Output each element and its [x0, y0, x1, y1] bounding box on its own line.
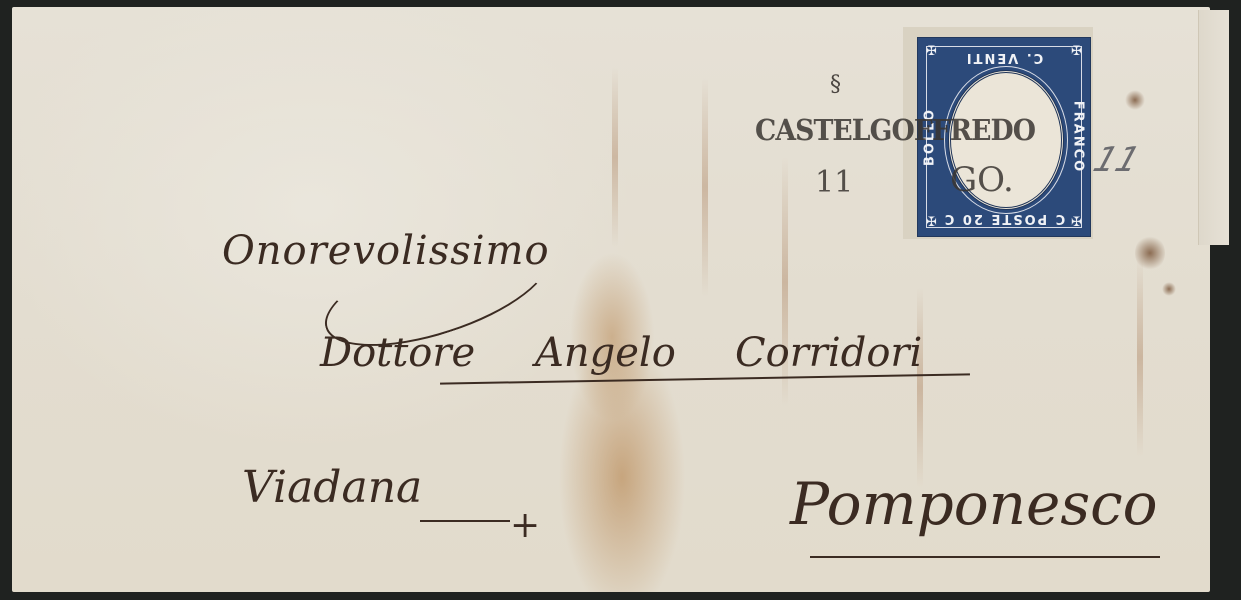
cover-flap-edge: [1198, 10, 1229, 245]
via-underline: [420, 520, 510, 522]
via-mark: +: [510, 505, 540, 546]
stamp-value-text: C. VENTI: [918, 50, 1090, 65]
address-first-name: Angelo: [535, 330, 676, 376]
stain-streak: [1137, 257, 1143, 457]
postmark-day: 11: [815, 165, 853, 200]
stamp-poste-text: C POSTE 20 C: [918, 211, 1090, 226]
stain-streak: [702, 77, 708, 297]
stain-streak: [917, 287, 923, 487]
cross-ornament-icon: ✠: [926, 44, 937, 59]
foxing-spot: [1162, 282, 1176, 296]
stamp-franco-text: FRANCO: [1070, 129, 1086, 145]
cross-ornament-icon: ✠: [1071, 215, 1082, 230]
cross-ornament-icon: ✠: [926, 215, 937, 230]
foxing-spot: [1125, 90, 1145, 110]
cross-ornament-icon: ✠: [1071, 44, 1082, 59]
address-destination: Pomponesco: [790, 470, 1157, 538]
postmark-month: GO.: [950, 160, 1014, 200]
postmark-town: CASTELGOFFREDO: [755, 113, 1035, 147]
destination-underline: [810, 556, 1160, 558]
address-title: Dottore: [320, 330, 475, 376]
foxing-spot: [1135, 235, 1165, 271]
address-via: Viadana: [242, 462, 422, 513]
stain-streak: [612, 67, 618, 247]
address-last-name: Corridori: [735, 330, 922, 376]
postmark-symbol: §: [830, 72, 841, 97]
